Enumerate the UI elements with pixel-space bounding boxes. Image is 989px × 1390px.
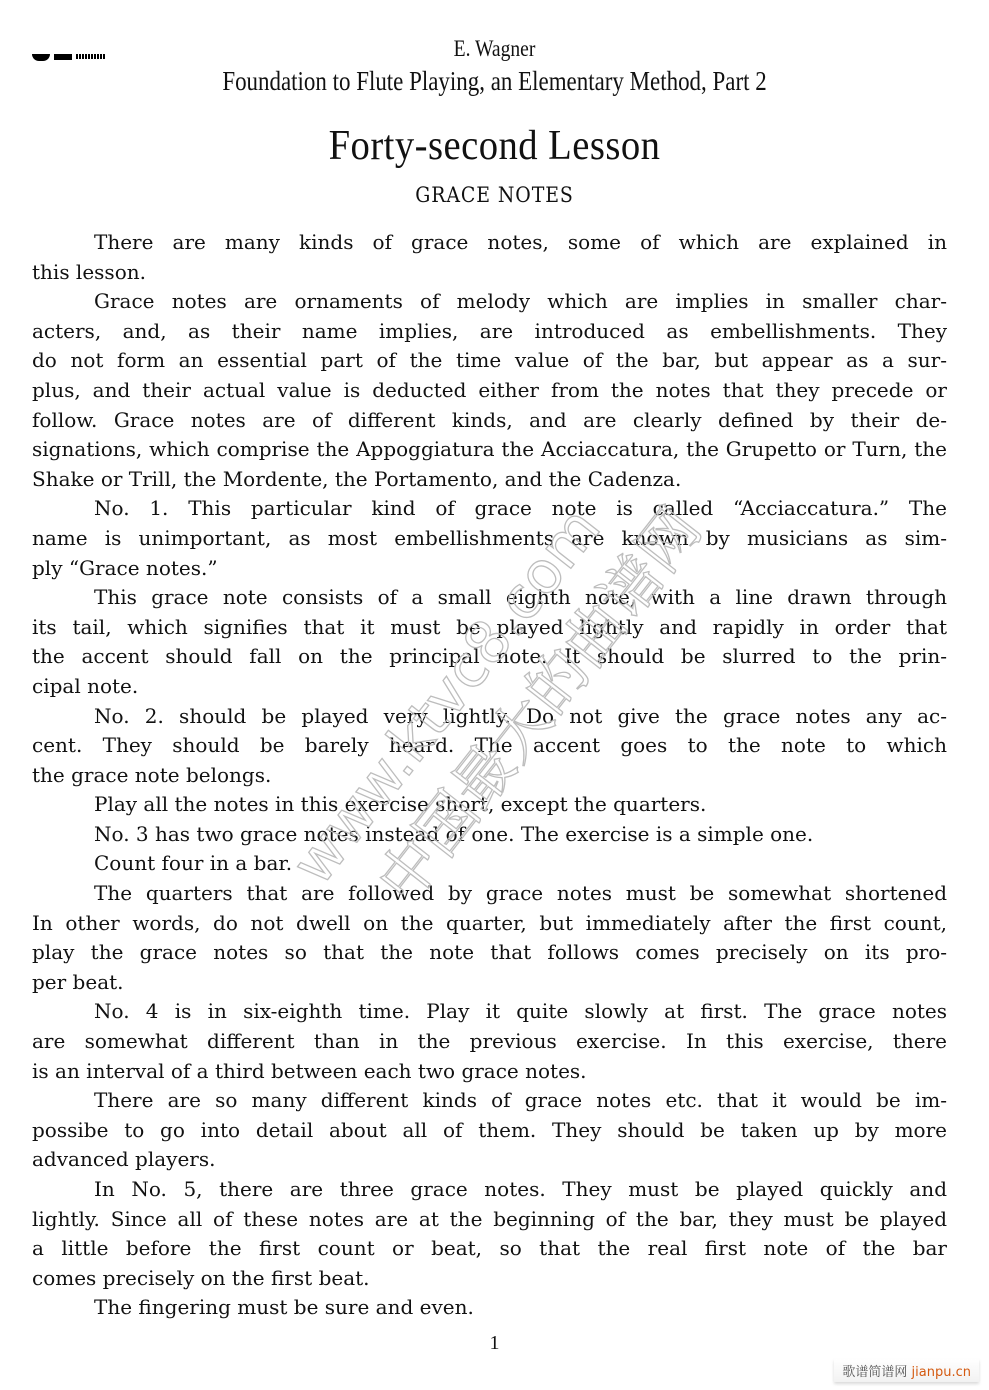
text-line: No. 4 is in six-eighth time. Play it qui… bbox=[32, 997, 947, 1027]
text-line: its tail, which signifies that it must b… bbox=[32, 613, 947, 643]
text-line: comes precisely on the first beat. bbox=[32, 1264, 947, 1294]
text-line: signations, which comprise the Appoggiat… bbox=[32, 435, 947, 465]
text-line: This grace note consists of a small eigh… bbox=[32, 583, 947, 613]
author-name: E. Wagner bbox=[74, 36, 915, 62]
text-line: lightly. Since all of these notes are at… bbox=[32, 1205, 947, 1235]
logo-shape bbox=[32, 54, 50, 61]
text-line: the accent should fall on the principal … bbox=[32, 642, 947, 672]
text-line: There are many kinds of grace notes, som… bbox=[32, 228, 947, 258]
text-line: In other words, do not dwell on the quar… bbox=[32, 909, 947, 939]
text-line: per beat. bbox=[32, 968, 947, 998]
text-line: name is unimportant, as most embellishme… bbox=[32, 524, 947, 554]
text-line: No. 1. This particular kind of grace not… bbox=[32, 494, 947, 524]
text-line: Count four in a bar. bbox=[32, 849, 947, 879]
text-line: the grace note belongs. bbox=[32, 761, 947, 791]
lesson-title: Forty-second Lesson bbox=[40, 122, 950, 170]
text-line: acters, and, as their name implies, are … bbox=[32, 317, 947, 347]
text-line: are somewhat different than in the previ… bbox=[32, 1027, 947, 1057]
section-title: GRACE NOTES bbox=[49, 183, 939, 207]
text-line: follow. Grace notes are of different kin… bbox=[32, 406, 947, 436]
page-number: 1 bbox=[0, 1332, 989, 1355]
book-title: Foundation to Flute Playing, an Elementa… bbox=[74, 66, 915, 97]
site-badge-cn: 歌谱简谱网 bbox=[842, 1365, 907, 1380]
text-line: No. 2. should be played very lightly. Do… bbox=[32, 702, 947, 732]
text-line: possibe to go into detail about all of t… bbox=[32, 1116, 947, 1146]
text-line: a little before the first count or beat,… bbox=[32, 1234, 947, 1264]
text-line: advanced players. bbox=[32, 1145, 947, 1175]
site-badge[interactable]: 歌谱简谱网 jianpu.cn bbox=[834, 1359, 979, 1382]
logo-shape bbox=[54, 54, 72, 60]
text-line: Shake or Trill, the Mordente, the Portam… bbox=[32, 465, 947, 495]
text-line: ply “Grace notes.” bbox=[32, 554, 947, 584]
site-badge-domain: jianpu.cn bbox=[912, 1365, 971, 1380]
text-line: There are so many different kinds of gra… bbox=[32, 1086, 947, 1116]
text-line: cent. They should be barely heard. The a… bbox=[32, 731, 947, 761]
lesson-body: There are many kinds of grace notes, som… bbox=[32, 228, 947, 1323]
text-line: Play all the notes in this exercise shor… bbox=[32, 790, 947, 820]
text-line: do not form an essential part of the tim… bbox=[32, 346, 947, 376]
text-line: is an interval of a third between each t… bbox=[32, 1057, 947, 1087]
text-line: The fingering must be sure and even. bbox=[32, 1293, 947, 1323]
text-line: No. 3 has two grace notes instead of one… bbox=[32, 820, 947, 850]
text-line: plus, and their actual value is deducted… bbox=[32, 376, 947, 406]
text-line: cipal note. bbox=[32, 672, 947, 702]
text-line: play the grace notes so that the note th… bbox=[32, 938, 947, 968]
text-line: Grace notes are ornaments of melody whic… bbox=[32, 287, 947, 317]
text-line: The quarters that are followed by grace … bbox=[32, 879, 947, 909]
text-line: In No. 5, there are three grace notes. T… bbox=[32, 1175, 947, 1205]
text-line: this lesson. bbox=[32, 258, 947, 288]
